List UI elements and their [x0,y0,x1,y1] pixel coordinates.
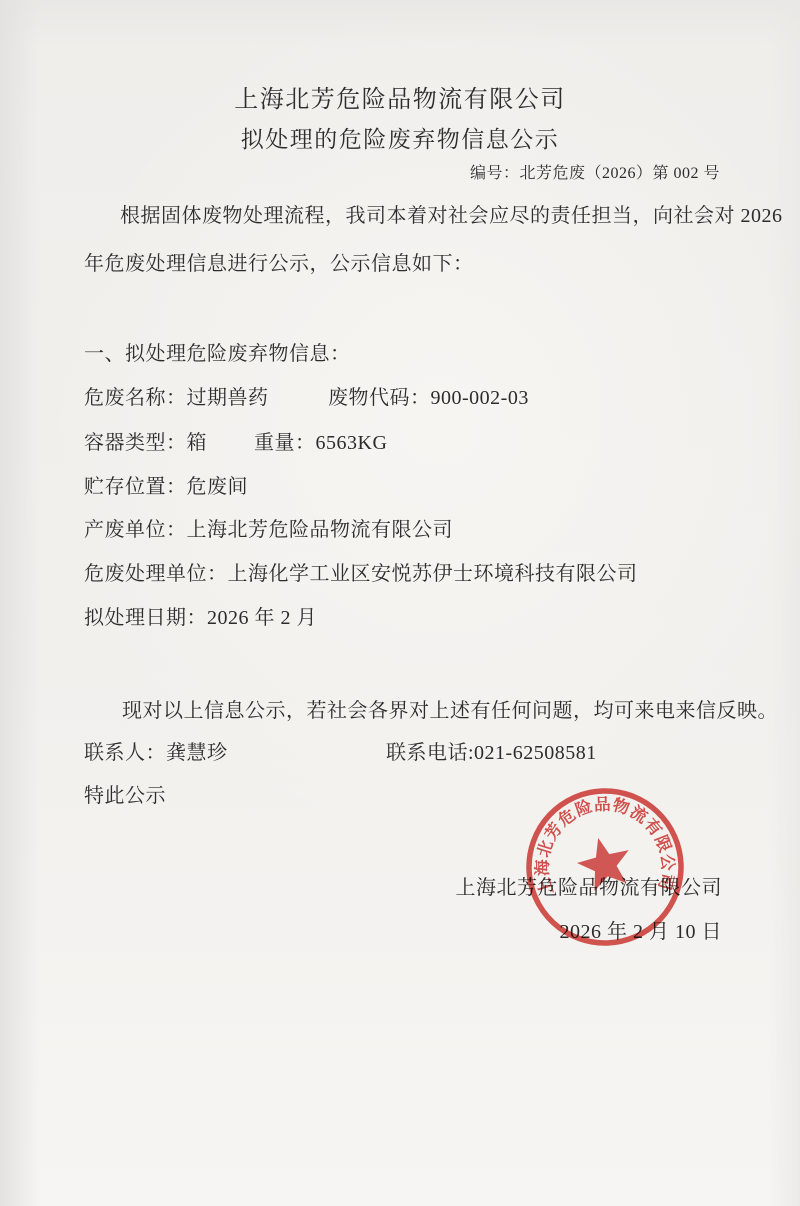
storage-location-field: 贮存位置：危废间 [84,470,248,499]
waste-code-field: 废物代码：900-002-03 [328,381,529,410]
info-row-disposal-unit: 危废处理单位：上海化学工业区安悦苏伊士环境科技有限公司 [0,557,800,583]
info-row-waste-name: 危废名称：过期兽药 废物代码：900-002-03 [0,381,800,407]
producer-field: 产废单位：上海北芳危险品物流有限公司 [84,513,453,542]
info-row-storage: 贮存位置：危废间 [0,470,800,496]
doc-number: 编号：北芳危废（2026）第 002 号 [470,160,720,183]
company-seal-stamp: 上海北芳危险品物流有限公司 [519,781,691,953]
star-icon [572,831,636,893]
document-page: 上海北芳危险品物流有限公司 拟处理的危险废弃物信息公示 编号：北芳危废（2026… [0,0,800,1206]
info-row-producer: 产废单位：上海北芳危险品物流有限公司 [0,513,800,539]
closing-statement: 特此公示 [84,779,166,808]
intro-line-1: 根据固体废物处理流程，我司本着对社会应尽的责任担当，向社会对 2026 [120,199,783,228]
contact-row: 联系人：龚慧珍 联系电话:021-62508581 [0,736,800,762]
info-row-planned-date: 拟处理日期：2026 年 2 月 [0,601,800,627]
closing-notice: 现对以上信息公示，若社会各界对上述有任何问题，均可来电来信反映。 [122,694,778,723]
info-row-container: 容器类型：箱 重量：6563KG [0,426,800,452]
company-title: 上海北芳危险品物流有限公司 [0,79,800,114]
weight-field: 重量：6563KG [254,426,387,455]
section-heading: 一、拟处理危险废弃物信息： [84,337,351,366]
intro-line-2: 年危废处理信息进行公示，公示信息如下： [84,247,474,276]
disposal-unit-field: 危废处理单位：上海化学工业区安悦苏伊士环境科技有限公司 [84,557,638,586]
contact-person-field: 联系人：龚慧珍 [84,736,228,765]
contact-phone-field: 联系电话:021-62508581 [386,736,597,765]
doc-title: 拟处理的危险废弃物信息公示 [0,121,800,154]
waste-name-field: 危废名称：过期兽药 [84,381,269,410]
container-type-field: 容器类型：箱 [84,426,207,455]
planned-date-field: 拟处理日期：2026 年 2 月 [84,601,317,630]
